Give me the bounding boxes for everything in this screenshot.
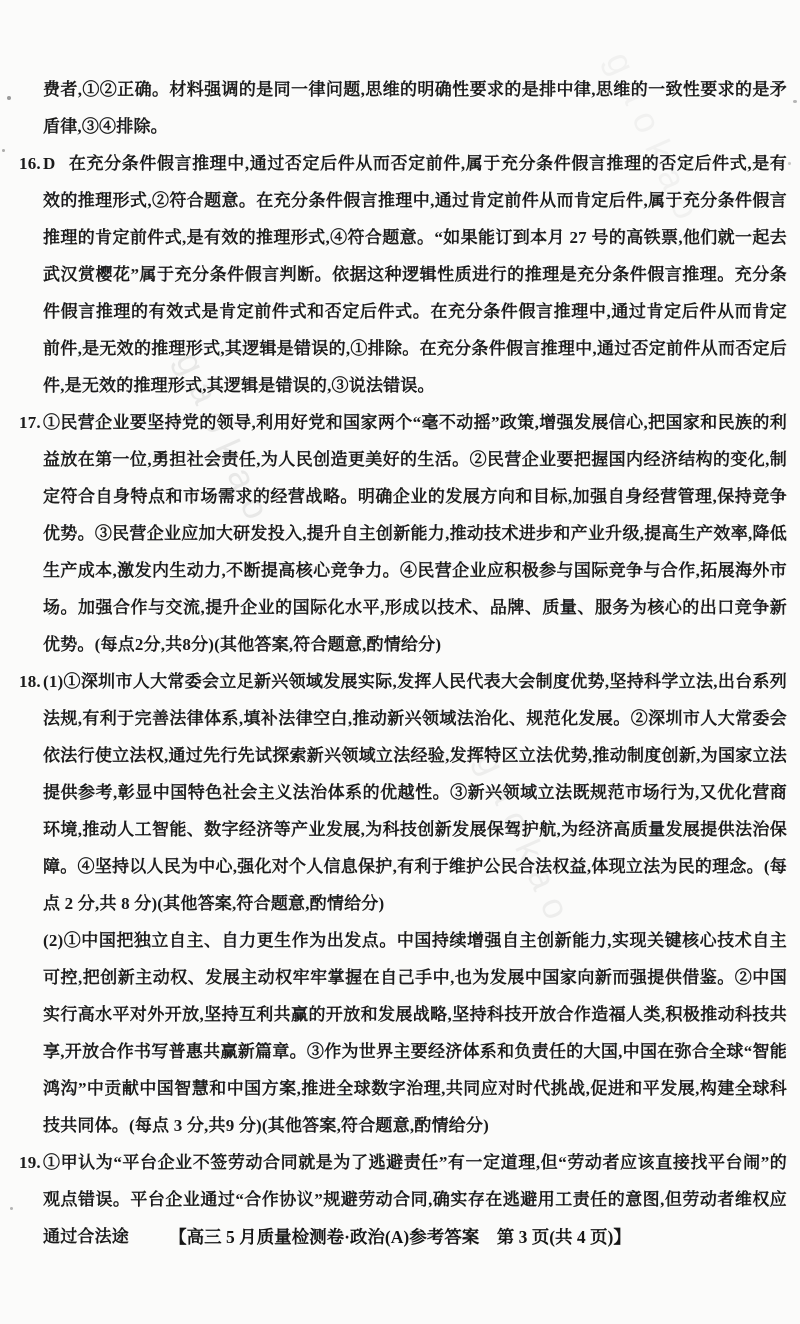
- scan-speck: [7, 96, 11, 100]
- scan-speck: [788, 162, 791, 165]
- scan-speck: [10, 1207, 13, 1210]
- answer-item-16: 16.D在充分条件假言推理中,通过否定后件从而否定前件,属于充分条件假言推理的否…: [0, 145, 787, 404]
- scanned-answer-page: gaokao gaokao gaokao 费者,①②正确。材料强调的是同一律问题…: [0, 0, 800, 1324]
- answer-item-17: 17.①民营企业要坚持党的领导,利用好党和国家两个“毫不动摇”政策,增强发展信心…: [0, 404, 787, 663]
- paragraph-text: (1)①深圳市人大常委会立足新兴领域发展实际,发挥人民代表大会制度优势,坚持科学…: [43, 672, 787, 913]
- item-number: 19.: [19, 1144, 41, 1181]
- item-number: 17.: [19, 404, 41, 441]
- item-number: 18.: [19, 663, 41, 700]
- scan-speck: [2, 149, 5, 152]
- page-footer: 【高三 5 月质量检测卷·政治(A)参考答案 第 3 页(共 4 页)】: [0, 1224, 800, 1250]
- answer-paragraph-continuation: 费者,①②正确。材料强调的是同一律问题,思维的明确性要求的是排中律,思维的一致性…: [0, 71, 787, 145]
- scan-speck: [793, 100, 797, 103]
- paragraph-text: 费者,①②正确。材料强调的是同一律问题,思维的明确性要求的是排中律,思维的一致性…: [43, 80, 787, 136]
- item-number: 16.: [19, 145, 41, 182]
- paragraph-text: 在充分条件假言推理中,通过否定后件从而否定前件,属于充分条件假言推理的否定后件式…: [43, 154, 787, 395]
- answer-item-18-part1: 18.(1)①深圳市人大常委会立足新兴领域发展实际,发挥人民代表大会制度优势,坚…: [0, 663, 787, 922]
- answer-letter: D: [43, 154, 55, 173]
- answer-item-18-part2: (2)①中国把独立自主、自力更生作为出发点。中国持续增强自主创新能力,实现关键核…: [0, 922, 787, 1144]
- paragraph-text: (2)①中国把独立自主、自力更生作为出发点。中国持续增强自主创新能力,实现关键核…: [43, 931, 787, 1135]
- answer-key-content: 费者,①②正确。材料强调的是同一律问题,思维的明确性要求的是排中律,思维的一致性…: [0, 71, 787, 1255]
- paragraph-text: ①民营企业要坚持党的领导,利用好党和国家两个“毫不动摇”政策,增强发展信心,把国…: [43, 413, 787, 654]
